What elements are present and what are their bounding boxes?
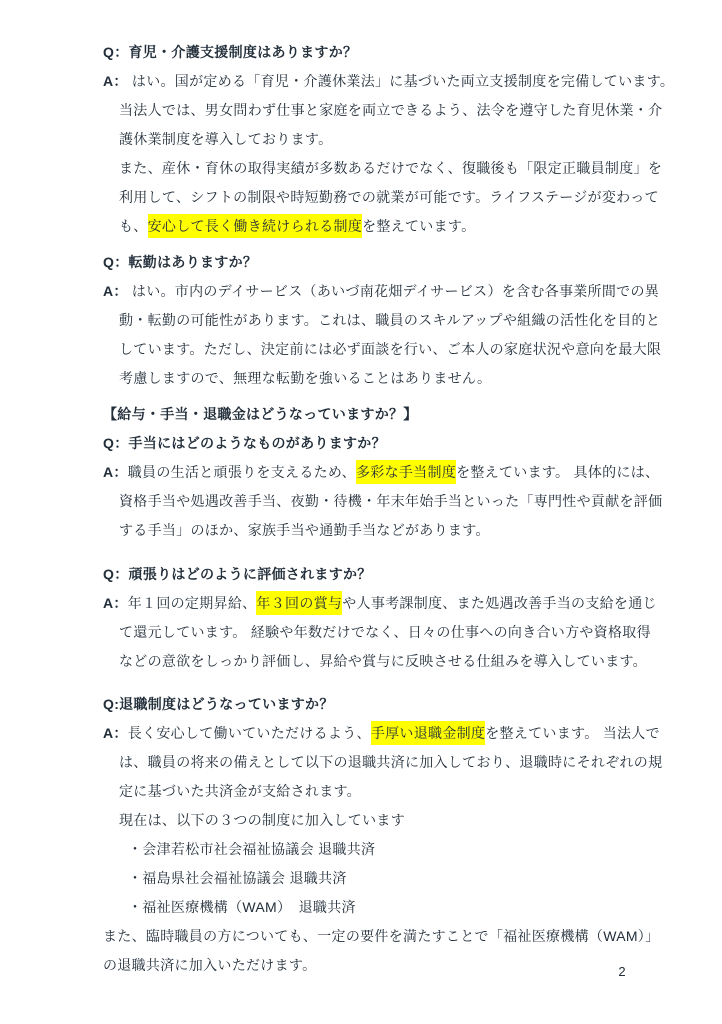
- answer-line: また、臨時職員の方についても、一定の要件を満たすことで「福祉医療機構（WAM）」: [103, 922, 639, 951]
- text-segment: A：: [103, 73, 128, 89]
- answer-line: の退職共済に加入いただけます。: [103, 951, 639, 980]
- answer-line: A：長く安心して働いていただけるよう、手厚い退職金制度を整えています。 当法人で: [103, 719, 639, 748]
- answer-line: また、産休・育休の取得実績が多数あるだけでなく、復職後も「限定正職員制度」を: [103, 154, 639, 183]
- answer-line: 利用して、シフトの制限や時短勤務での就業が可能です。ライフステージが変わって: [103, 183, 639, 212]
- answer-line: 考慮しますので、無理な転勤を強いることはありません。: [103, 364, 639, 393]
- document-page: Q：育児・介護支援制度はありますか？A： はい。国が定める「育児・介護休業法」に…: [0, 0, 722, 1024]
- text-segment: 職員の生活と頑張りを支えるため、: [128, 464, 356, 480]
- text-segment: Q：育児・介護支援制度はありますか？: [103, 44, 357, 60]
- text-segment: A：: [103, 725, 128, 741]
- text-segment: 考慮しますので、無理な転勤を強いることはありません。: [119, 370, 491, 386]
- highlighted-text: 多彩な手当制度: [356, 460, 456, 484]
- question-line: Q：手当にはどのようなものがありますか？: [103, 429, 639, 458]
- text-segment: も、: [119, 218, 148, 234]
- page-number: 2: [612, 962, 632, 982]
- text-segment: などの意欲をしっかり評価し、昇給や賞与に反映させる仕組みを導入しています。: [119, 653, 647, 669]
- text-segment: の退職共済に加入いただけます。: [103, 957, 316, 973]
- section-title: 【給与・手当・退職金はどうなっていますか？】: [103, 400, 639, 429]
- text-segment: 定に基づいた共済金が支給されます。: [119, 783, 361, 799]
- text-segment: また、臨時職員の方についても、一定の要件を満たすことで「福祉医療機構（WAM）」: [103, 928, 659, 944]
- text-segment: 年１回の定期昇給、: [128, 595, 257, 611]
- text-segment: や人事考課制度、また処遇改善手当の支給を通じ: [342, 595, 657, 611]
- question-line: Q：転勤はありますか？: [103, 248, 639, 277]
- qa-block: 【給与・手当・退職金はどうなっていますか？】Q：手当にはどのようなものがあります…: [103, 400, 639, 545]
- answer-line: A：年１回の定期昇給、年３回の賞与や人事考課制度、また処遇改善手当の支給を通じ: [103, 589, 639, 618]
- text-segment: A：: [103, 464, 128, 480]
- answer-line: しています。ただし、決定前には必ず面談を行い、ご本人の家庭状況や意向を最大限: [103, 335, 639, 364]
- qa-block: Q：転勤はありますか？A： はい。市内のデイサービス（あいづ南花畑デイサービス）…: [103, 248, 639, 393]
- faq-content: Q：育児・介護支援制度はありますか？A： はい。国が定める「育児・介護休業法」に…: [103, 38, 639, 980]
- qa-block: Q：育児・介護支援制度はありますか？A： はい。国が定める「育児・介護休業法」に…: [103, 38, 639, 241]
- text-segment: 当法人では、男女問わず仕事と家庭を両立できるよう、法令を遵守した育児休業・介: [119, 102, 662, 118]
- text-segment: 動・転勤の可能性があります。これは、職員のスキルアップや組織の活性化を目的と: [119, 312, 660, 328]
- highlighted-text: 手厚い退職金制度: [371, 721, 485, 745]
- text-segment: 現在は、以下の３つの制度に加入しています: [119, 812, 405, 828]
- answer-line: も、安心して長く働き続けられる制度を整えています。: [103, 212, 639, 241]
- text-segment: はい。市内のデイサービス（あいづ南花畑デイサービス）を含む各事業所間での異: [128, 283, 659, 299]
- text-segment: Q：手当にはどのようなものがありますか？: [103, 435, 386, 451]
- answer-line: などの意欲をしっかり評価し、昇給や賞与に反映させる仕組みを導入しています。: [103, 647, 639, 676]
- bullet-item: ・福島県社会福祉協議会 退職共済: [103, 864, 639, 893]
- answer-line: 定に基づいた共済金が支給されます。: [103, 777, 639, 806]
- answer-line: は、職員の将来の備えとして以下の退職共済に加入しており、退職時にそれぞれの規: [103, 748, 639, 777]
- text-segment: しています。ただし、決定前には必ず面談を行い、ご本人の家庭状況や意向を最大限: [119, 341, 661, 357]
- text-segment: また、産休・育休の取得実績が多数あるだけでなく、復職後も「限定正職員制度」を: [119, 160, 662, 176]
- text-segment: を整えています。 当法人で: [485, 725, 660, 741]
- text-segment: 利用して、シフトの制限や時短勤務での就業が可能です。ライフステージが変わって: [119, 189, 659, 205]
- highlighted-text: 安心して長く働き続けられる制度: [148, 214, 363, 238]
- qa-block: Q：頑張りはどのように評価されますか？A：年１回の定期昇給、年３回の賞与や人事考…: [103, 560, 639, 676]
- text-segment: は、職員の将来の備えとして以下の退職共済に加入しており、退職時にそれぞれの規: [119, 754, 662, 770]
- bullet-item: ・福祉医療機構（WAM） 退職共済: [103, 893, 639, 922]
- text-segment: A：: [103, 283, 128, 299]
- answer-line: 護休業制度を導入しております。: [103, 125, 639, 154]
- text-segment: する手当」のほか、家族手当や通勤手当などがあります。: [119, 522, 490, 538]
- question-line: Q：頑張りはどのように評価されますか？: [103, 560, 639, 589]
- text-segment: ・福祉医療機構（WAM） 退職共済: [128, 899, 356, 915]
- answer-line: 動・転勤の可能性があります。これは、職員のスキルアップや組織の活性化を目的と: [103, 306, 639, 335]
- text-segment: ・福島県社会福祉協議会 退職共済: [128, 870, 347, 886]
- text-segment: A：: [103, 595, 128, 611]
- answer-line: 資格手当や処遇改善手当、夜勤・待機・年末年始手当といった「専門性や貢献を評価: [103, 487, 639, 516]
- question-line: Q：育児・介護支援制度はありますか？: [103, 38, 639, 67]
- text-segment: 資格手当や処遇改善手当、夜勤・待機・年末年始手当といった「専門性や貢献を評価: [119, 493, 662, 509]
- text-segment: て還元しています。 経験や年数だけでなく、日々の仕事への向き合い方や資格取得: [119, 624, 651, 640]
- highlighted-text: 年３回の賞与: [256, 591, 342, 615]
- text-segment: Q:退職制度はどうなっていますか？: [103, 696, 334, 712]
- question-line: Q:退職制度はどうなっていますか？: [103, 690, 639, 719]
- answer-line: A： はい。市内のデイサービス（あいづ南花畑デイサービス）を含む各事業所間での異: [103, 277, 639, 306]
- text-segment: はい。国が定める「育児・介護休業法」に基づいた両立支援制度を完備しています。: [128, 73, 674, 89]
- text-segment: Q：頑張りはどのように評価されますか？: [103, 566, 372, 582]
- answer-line: A： はい。国が定める「育児・介護休業法」に基づいた両立支援制度を完備しています…: [103, 67, 639, 96]
- text-segment: を整えています。: [362, 218, 475, 234]
- text-segment: 護休業制度を導入しております。: [119, 131, 332, 147]
- answer-line: する手当」のほか、家族手当や通勤手当などがあります。: [103, 516, 639, 545]
- text-segment: を整えています。 具体的には、: [456, 464, 659, 480]
- answer-line: 現在は、以下の３つの制度に加入しています: [103, 806, 639, 835]
- answer-line: て還元しています。 経験や年数だけでなく、日々の仕事への向き合い方や資格取得: [103, 618, 639, 647]
- text-segment: Q：転勤はありますか？: [103, 254, 257, 270]
- text-segment: 長く安心して働いていただけるよう、: [128, 725, 371, 741]
- bullet-item: ・会津若松市社会福祉協議会 退職共済: [103, 835, 639, 864]
- answer-line: 当法人では、男女問わず仕事と家庭を両立できるよう、法令を遵守した育児休業・介: [103, 96, 639, 125]
- qa-block: Q:退職制度はどうなっていますか？A：長く安心して働いていただけるよう、手厚い退…: [103, 690, 639, 980]
- text-segment: ・会津若松市社会福祉協議会 退職共済: [128, 841, 375, 857]
- answer-line: A：職員の生活と頑張りを支えるため、多彩な手当制度を整えています。 具体的には、: [103, 458, 639, 487]
- text-segment: 【給与・手当・退職金はどうなっていますか？】: [103, 406, 418, 422]
